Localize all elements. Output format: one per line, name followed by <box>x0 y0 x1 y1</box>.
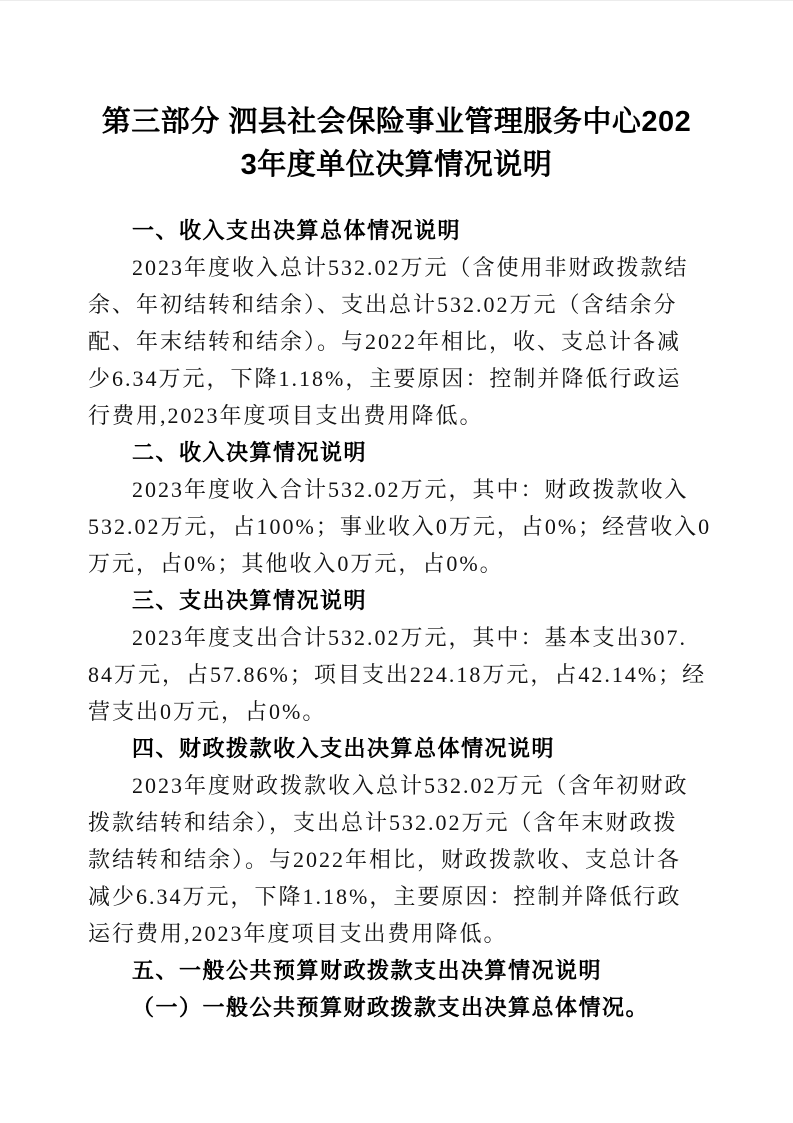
paragraph-line: 84万元，占57.86%；项目支出224.18万元，占42.14%；经 <box>88 656 713 693</box>
section-heading: 一、收入支出决算总体情况说明 <box>88 212 713 249</box>
doc-title: 第三部分 泗县社会保险事业管理服务中心202 3年度单位决算情况说明 <box>40 101 753 187</box>
section-heading: 二、收入决算情况说明 <box>88 434 713 471</box>
paragraph-line: 余、年初结转和结余）、支出总计532.02万元（含结余分 <box>88 286 713 323</box>
doc-title-line: 第三部分 泗县社会保险事业管理服务中心202 <box>40 101 753 144</box>
paragraph-line: 万元，占0%；其他收入0万元，占0%。 <box>88 545 713 582</box>
paragraph-line: 2023年度收入合计532.02万元，其中：财政拨款收入 <box>88 471 713 508</box>
paragraph-line: 配、年末结转和结余）。与2022年相比，收、支总计各减 <box>88 323 713 360</box>
subsection-heading: （一）一般公共预算财政拨款支出决算总体情况。 <box>88 989 713 1026</box>
section-heading: 四、财政拨款收入支出决算总体情况说明 <box>88 730 713 767</box>
paragraph-line: 拨款结转和结余），支出总计532.02万元（含年末财政拨 <box>88 804 713 841</box>
paragraph-line: 532.02万元，占100%；事业收入0万元，占0%；经营收入0 <box>88 508 713 545</box>
document-body: 一、收入支出决算总体情况说明2023年度收入总计532.02万元（含使用非财政拨… <box>88 212 713 1026</box>
paragraph-line: 2023年度收入总计532.02万元（含使用非财政拨款结 <box>88 249 713 286</box>
paragraph-line: 营支出0万元，占0%。 <box>88 693 713 730</box>
section-heading: 三、支出决算情况说明 <box>88 582 713 619</box>
document-page: 第三部分 泗县社会保险事业管理服务中心202 3年度单位决算情况说明 一、收入支… <box>0 0 793 1123</box>
paragraph-line: 款结转和结余）。与2022年相比，财政拨款收、支总计各 <box>88 841 713 878</box>
section-heading: 五、一般公共预算财政拨款支出决算情况说明 <box>88 952 713 989</box>
paragraph-line: 2023年度财政拨款收入总计532.02万元（含年初财政 <box>88 767 713 804</box>
paragraph-line: 行费用,2023年度项目支出费用降低。 <box>88 397 713 434</box>
paragraph-line: 运行费用,2023年度项目支出费用降低。 <box>88 915 713 952</box>
paragraph-line: 减少6.34万元，下降1.18%，主要原因：控制并降低行政 <box>88 878 713 915</box>
paragraph-line: 少6.34万元，下降1.18%，主要原因：控制并降低行政运 <box>88 360 713 397</box>
doc-title-line: 3年度单位决算情况说明 <box>40 144 753 187</box>
paragraph-line: 2023年度支出合计532.02万元，其中：基本支出307. <box>88 619 713 656</box>
